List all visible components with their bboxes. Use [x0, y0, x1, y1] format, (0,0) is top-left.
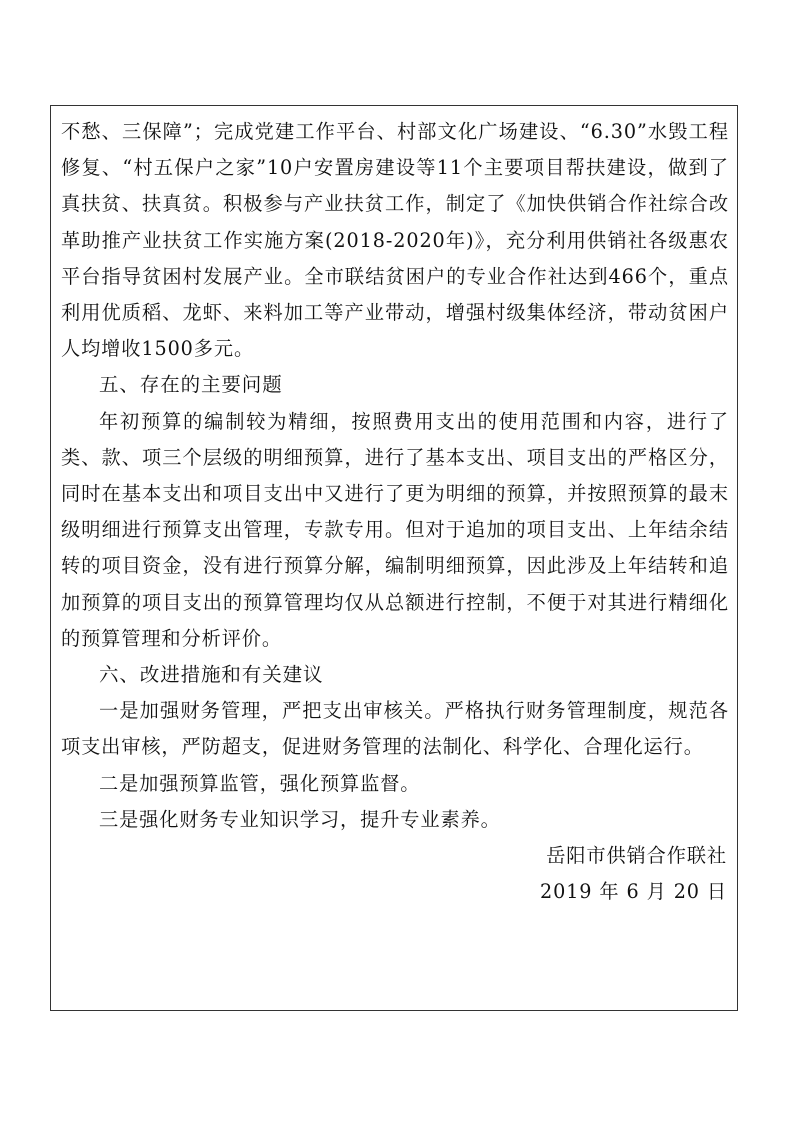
section-heading-problems: 五、存在的主要问题 [61, 367, 729, 403]
document-frame: 不愁、三保障”；完成党建工作平台、村部文化广场建设、“6.30”水毁工程修复、“… [50, 105, 738, 1011]
suggestion-item-1: 一是加强财务管理，严把支出审核关。严格执行财务管理制度，规范各项支出审核，严防超… [61, 693, 729, 765]
continued-paragraph: 不愁、三保障”；完成党建工作平台、村部文化广场建设、“6.30”水毁工程修复、“… [61, 114, 729, 367]
suggestion-item-2: 二是加强预算监管，强化预算监督。 [61, 766, 729, 802]
suggestion-item-3: 三是强化财务专业知识学习，提升专业素养。 [61, 802, 729, 838]
signature-organization: 岳阳市供销合作联社 [61, 838, 729, 874]
document-body: 不愁、三保障”；完成党建工作平台、村部文化广场建设、“6.30”水毁工程修复、“… [61, 114, 729, 910]
section-heading-suggestions: 六、改进措施和有关建议 [61, 657, 729, 693]
signature-date: 2019 年 6 月 20 日 [61, 874, 729, 910]
problems-paragraph: 年初预算的编制较为精细，按照费用支出的使用范围和内容，进行了类、款、项三个层级的… [61, 404, 729, 657]
